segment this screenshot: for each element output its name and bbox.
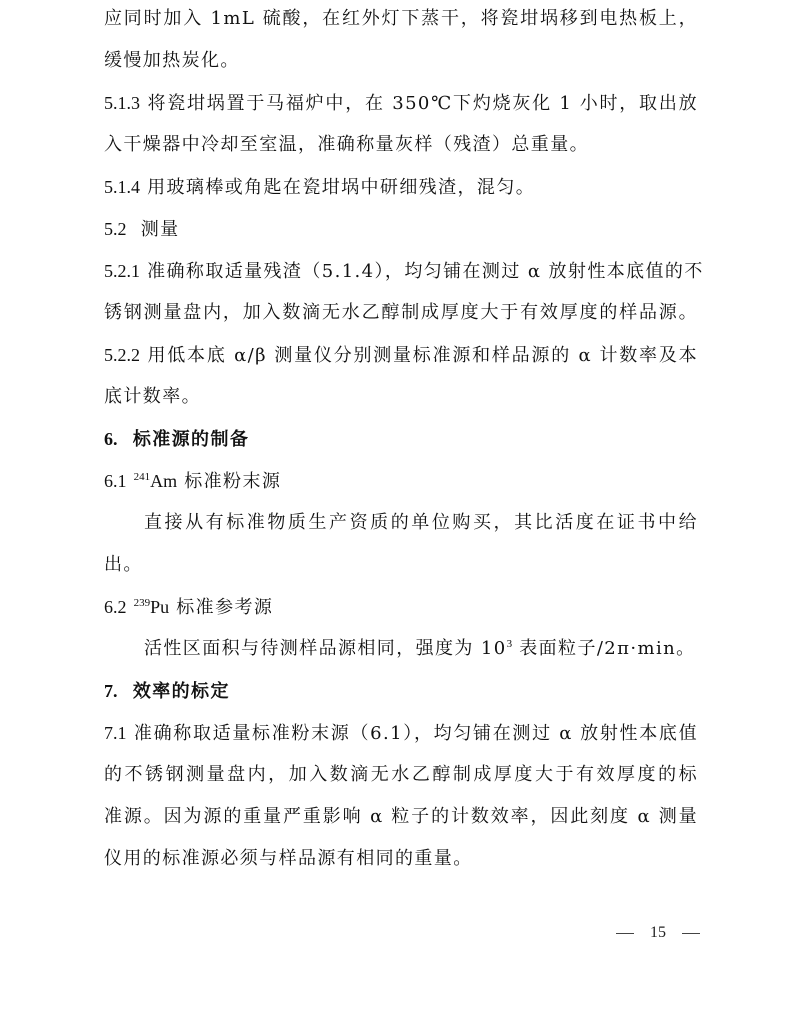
section-number: 5.1.3	[104, 93, 140, 113]
section-5-2-1: 5.2.1 准确称取适量残渣（5.1.4），均匀铺在测过 α 放射性本底值的不	[104, 256, 698, 286]
text-line: 缓慢加热炭化。	[104, 46, 698, 76]
text-line: 应同时加入 1mL 硫酸，在红外灯下蒸干，将瓷坩埚移到电热板上，	[104, 4, 698, 34]
section-7-1: 7.1 准确称取适量标准粉末源（6.1），均匀铺在测过 α 放射性本底值	[104, 718, 698, 748]
text-line: 底计数率。	[104, 382, 698, 412]
text-line: 出。	[104, 550, 698, 580]
section-text: 标准参考源	[176, 597, 273, 618]
text-line: 准源。因为源的重量严重影响 α 粒子的计数效率，因此刻度 α 测量	[104, 802, 698, 832]
nuclide-symbol: Pu	[150, 597, 169, 617]
text-segment: 活性区面积与待测样品源相同，强度为 10	[144, 638, 507, 659]
section-6-2-heading: 6.2 239Pu 标准参考源	[104, 592, 698, 622]
section-number: 5.2	[104, 219, 127, 239]
page-footer: 15	[616, 920, 700, 946]
section-number: 6.2	[104, 597, 127, 617]
text-line: 的不锈钢测量盘内，加入数滴无水乙醇制成厚度大于有效厚度的标	[104, 760, 698, 790]
text-line: 活性区面积与待测样品源相同，强度为 103 表面粒子/2π·min。	[104, 634, 698, 664]
section-text: 标准粉末源	[184, 471, 281, 492]
section-number: 7.1	[104, 723, 127, 743]
nuclide-symbol: Am	[150, 471, 177, 491]
mass-number: 241	[134, 471, 151, 483]
page-number: 15	[650, 924, 666, 942]
section-text: 将瓷坩埚置于马福炉中，在 350℃下灼烧灰化 1 小时，取出放	[148, 93, 699, 114]
text-line: 入干燥器中冷却至室温，准确称量灰样（残渣）总重量。	[104, 130, 698, 160]
section-number: 5.2.1	[104, 261, 140, 281]
section-text: 用低本底 α/β 测量仪分别测量标准源和样品源的 α 计数率及本	[148, 345, 699, 366]
section-number: 7.	[104, 681, 118, 701]
text-line: 仪用的标准源必须与样品源有相同的重量。	[104, 844, 698, 874]
section-title: 标准源的制备	[133, 429, 249, 450]
section-number: 5.1.4	[104, 177, 140, 197]
section-text: 准确称取适量标准粉末源（6.1），均匀铺在测过 α 放射性本底值	[134, 723, 698, 744]
section-text: 测量	[141, 219, 180, 240]
mass-number: 239	[134, 597, 151, 609]
section-5-1-4: 5.1.4 用玻璃棒或角匙在瓷坩埚中研细残渣，混匀。	[104, 172, 698, 202]
footer-dash-left	[616, 933, 634, 934]
section-text: 准确称取适量残渣（5.1.4），均匀铺在测过 α 放射性本底值的不	[147, 261, 704, 282]
section-number: 6.	[104, 429, 118, 449]
section-text: 用玻璃棒或角匙在瓷坩埚中研细残渣，混匀。	[147, 177, 535, 198]
section-title: 效率的标定	[133, 681, 230, 702]
section-6-1-heading: 6.1 241Am 标准粉末源	[104, 466, 698, 496]
footer-dash-right	[682, 933, 700, 934]
text-line: 锈钢测量盘内，加入数滴无水乙醇制成厚度大于有效厚度的样品源。	[104, 298, 698, 328]
section-5-1-3: 5.1.3 将瓷坩埚置于马福炉中，在 350℃下灼烧灰化 1 小时，取出放	[104, 88, 698, 118]
section-5-2-heading: 5.2 测量	[104, 214, 698, 244]
section-number: 5.2.2	[104, 345, 140, 365]
section-number: 6.1	[104, 471, 127, 491]
section-6-heading: 6. 标准源的制备	[104, 424, 698, 454]
section-7-heading: 7. 效率的标定	[104, 676, 698, 706]
section-5-2-2: 5.2.2 用低本底 α/β 测量仪分别测量标准源和样品源的 α 计数率及本	[104, 340, 698, 370]
text-line: 直接从有标准物质生产资质的单位购买，其比活度在证书中给	[104, 508, 698, 538]
text-segment: 表面粒子/2π·min。	[512, 638, 695, 659]
